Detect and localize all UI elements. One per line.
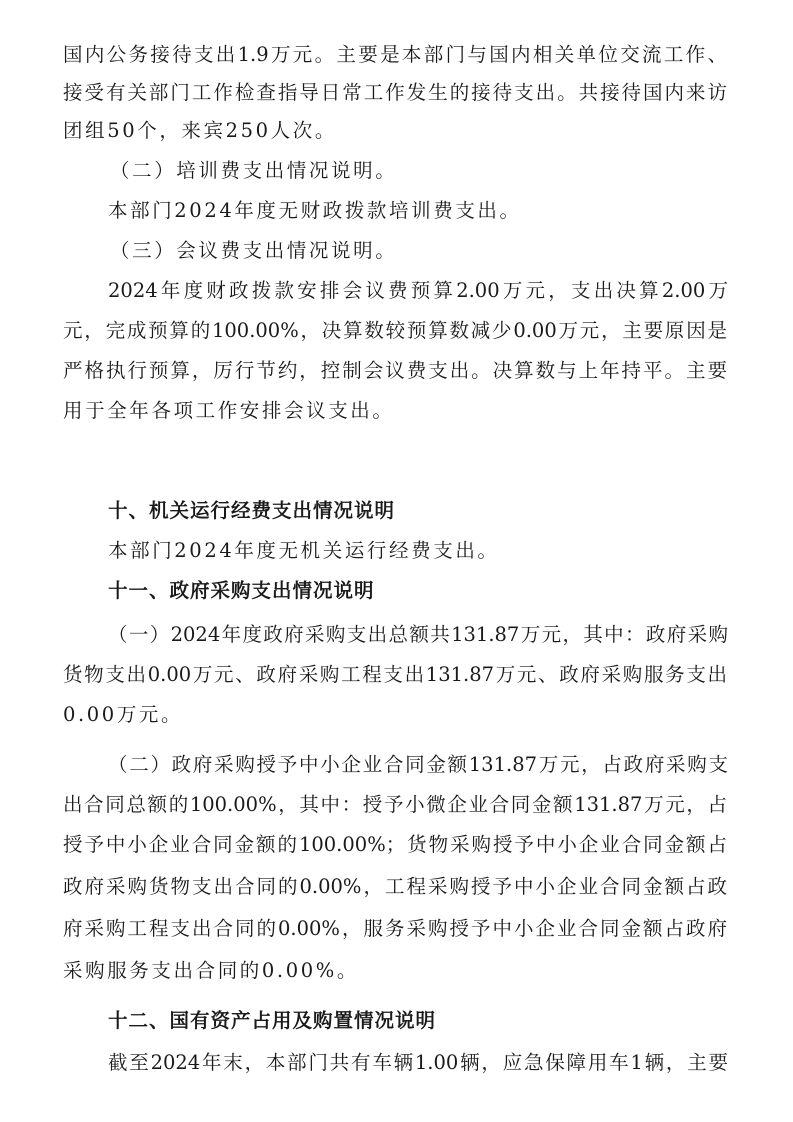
paragraph-line: 本部门2024年度无机关运行经费支出。: [108, 538, 728, 564]
section-heading-10: 十、机关运行经费支出情况说明: [108, 498, 728, 524]
paragraph-line: 元，完成预算的100.00%，决算数较预算数减少0.00万元，主要原因是: [63, 318, 727, 344]
paragraph-line: 2024年度财政拨款安排会议费预算2.00万元，支出决算2.00万: [108, 278, 728, 304]
paragraph-line: 严格执行预算，厉行节约，控制会议费支出。决算数与上年持平。主要: [63, 358, 727, 384]
document-page: 国内公务接待支出1.9万元。主要是本部门与国内相关单位交流工作、 接受有关部门工…: [0, 0, 793, 1122]
paragraph-line: 授予中小企业合同金额的100.00%；货物采购授予中小企业合同金额占: [63, 832, 727, 858]
paragraph-line: 国内公务接待支出1.9万元。主要是本部门与国内相关单位交流工作、: [63, 42, 727, 68]
paragraph-line: 出合同总额的100.00%，其中：授予小微企业合同金额131.87万元，占: [63, 792, 727, 818]
paragraph-line: 政府采购货物支出合同的0.00%，工程采购授予中小企业合同金额占政: [63, 874, 727, 900]
paragraph-line: 货物支出0.00万元、政府采购工程支出131.87万元、政府采购服务支出: [63, 662, 727, 688]
paragraph-line: 0.00万元。: [63, 702, 727, 728]
section-heading-12: 十二、国有资产占用及购置情况说明: [108, 1008, 728, 1034]
paragraph-line: （二）政府采购授予中小企业合同金额131.87万元，占政府采购支: [108, 752, 728, 778]
subsection-heading-meeting: （三）会议费支出情况说明。: [110, 238, 774, 264]
paragraph-line: 本部门2024年度无财政拨款培训费支出。: [108, 198, 728, 224]
paragraph-line: 接受有关部门工作检查指导日常工作发生的接待支出。共接待国内来访: [63, 80, 727, 106]
section-heading-11: 十一、政府采购支出情况说明: [108, 578, 728, 604]
paragraph-line: 采购服务支出合同的0.00%。: [63, 958, 727, 984]
paragraph-line: 府采购工程支出合同的0.00%，服务采购授予中小企业合同金额占政府: [63, 916, 727, 942]
paragraph-line: 截至2024年末，本部门共有车辆1.00辆，应急保障用车1辆，主要: [108, 1050, 728, 1076]
paragraph-line: 用于全年各项工作安排会议支出。: [63, 398, 727, 424]
paragraph-line: （一）2024年度政府采购支出总额共131.87万元，其中：政府采购: [108, 622, 728, 648]
subsection-heading-training: （二）培训费支出情况说明。: [110, 158, 774, 184]
paragraph-line: 团组50个，来宾250人次。: [63, 118, 727, 144]
